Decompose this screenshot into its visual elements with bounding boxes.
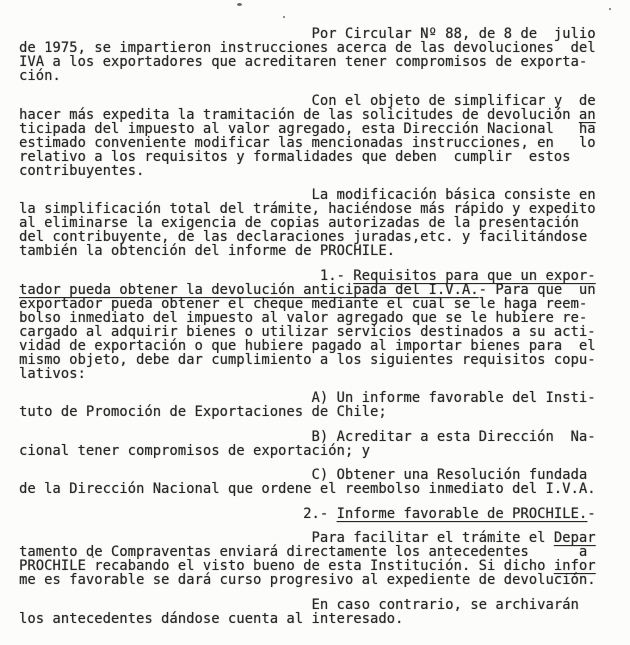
scan-speck bbox=[283, 16, 285, 18]
document-line: IVA a los exportadores que acreditaren t… bbox=[19, 55, 596, 69]
text-segment: de la Dirección Nacional que ordene el r… bbox=[19, 481, 596, 497]
document-line: relativo a los requisitos y formalidades… bbox=[19, 150, 596, 164]
scanned-page: Por Circular Nº 88, de 8 de juliode 1975… bbox=[0, 0, 630, 645]
document-line: contribuyentes. bbox=[19, 164, 596, 178]
paragraph: Por Circular Nº 88, de 8 de juliode 1975… bbox=[19, 27, 596, 83]
document-line: B) Acreditar a esta Dirección Na- bbox=[19, 430, 596, 444]
document-line: tamento de Compraventas enviará directam… bbox=[19, 545, 596, 559]
scan-speck bbox=[609, 8, 611, 10]
document-line: del contribuyente, de las declaraciones … bbox=[19, 230, 596, 244]
text-segment: los antecedentes dándose cuenta al inter… bbox=[19, 611, 403, 627]
document-line: lativos: bbox=[19, 367, 596, 381]
document-line: los antecedentes dándose cuenta al inter… bbox=[19, 612, 596, 626]
document-line: En caso contrario, se archivarán bbox=[19, 598, 596, 612]
text-segment: - bbox=[587, 506, 595, 522]
document-line: cional tener compromisos de exportación;… bbox=[19, 444, 596, 458]
document-line: PROCHILE recabando el visto bueno de est… bbox=[19, 559, 596, 573]
document-line: de 1975, se impartieron instrucciones ac… bbox=[19, 41, 596, 55]
document-line: cargado al adquirir bienes o utilizar se… bbox=[19, 325, 596, 339]
text-segment: lativos: bbox=[19, 366, 86, 382]
paragraph: 1.- Requisitos para que un expor-tador p… bbox=[19, 269, 596, 381]
document-line: Con el objeto de simplificar y de bbox=[19, 94, 596, 108]
text-segment: IVA a los exportadores que acreditaren t… bbox=[19, 54, 587, 70]
paragraph: En caso contrario, se archivaránlos ante… bbox=[19, 598, 596, 626]
document-line: Para facilitar el trámite el Depar bbox=[19, 531, 596, 545]
document-line: C) Obtener una Resolución fundada bbox=[19, 468, 596, 482]
scan-speck bbox=[92, 556, 94, 558]
document-line: La modificación básica consiste en bbox=[19, 188, 596, 202]
paragraph: Con el objeto de simplificar y dehacer m… bbox=[19, 94, 596, 178]
paragraph: B) Acreditar a esta Dirección Na-cional … bbox=[19, 430, 596, 458]
paragraph: C) Obtener una Resolución fundadade la D… bbox=[19, 468, 596, 496]
document-line: ción. bbox=[19, 69, 596, 83]
document-line: Por Circular Nº 88, de 8 de julio bbox=[19, 27, 596, 41]
paragraph: Para facilitar el trámite el Departament… bbox=[19, 531, 596, 587]
document-line: de la Dirección Nacional que ordene el r… bbox=[19, 482, 596, 496]
text-segment: me es favorable se dará curso progresivo… bbox=[19, 572, 596, 588]
document-line: mismo objeto, debe dar cumplimiento a lo… bbox=[19, 353, 596, 367]
document-line: tador pueda obtener la devolución antici… bbox=[19, 283, 596, 297]
paragraph: 2.- Informe favorable de PROCHILE.- bbox=[19, 507, 596, 521]
document-line: me es favorable se dará curso progresivo… bbox=[19, 573, 596, 587]
document-line: hacer más expedita la tramitación de las… bbox=[19, 108, 596, 122]
underlined-text: Informe favorable de PROCHILE. bbox=[337, 506, 588, 522]
document-line: A) Un informe favorable del Insti- bbox=[19, 391, 596, 405]
document-line: bolso inmediato del impuesto al valor ag… bbox=[19, 311, 596, 325]
text-segment: 2.- bbox=[303, 506, 336, 522]
document-line: 2.- Informe favorable de PROCHILE.- bbox=[19, 507, 596, 521]
text-segment: cional tener compromisos de exportación;… bbox=[19, 443, 370, 459]
document-line: vidad de exportación o que hubiere pagad… bbox=[19, 339, 596, 353]
text-segment: contribuyentes. bbox=[19, 163, 144, 179]
document-body: Por Circular Nº 88, de 8 de juliode 1975… bbox=[19, 27, 596, 626]
document-line: tuto de Promoción de Exportaciones de Ch… bbox=[19, 405, 596, 419]
indent bbox=[19, 506, 303, 522]
document-line: la simplificación total del trámite, hac… bbox=[19, 202, 596, 216]
document-line: al eliminarse la exigencia de copias aut… bbox=[19, 216, 596, 230]
text-segment: ción. bbox=[19, 68, 61, 84]
document-line: exportador pueda obtener el cheque media… bbox=[19, 297, 596, 311]
document-line: estimado conveniente modificar las menci… bbox=[19, 136, 596, 150]
text-segment: tuto de Promoción de Exportaciones de Ch… bbox=[19, 404, 387, 420]
text-segment: mismo objeto, debe dar cumplimiento a lo… bbox=[19, 352, 596, 368]
scan-speck bbox=[237, 3, 242, 6]
paragraph: A) Un informe favorable del Insti-tuto d… bbox=[19, 391, 596, 419]
document-line: ticipada del impuesto al valor agregado,… bbox=[19, 122, 596, 136]
document-line: también la obtención del informe de PROC… bbox=[19, 244, 596, 258]
paragraph: La modificación básica consiste enla sim… bbox=[19, 188, 596, 258]
text-segment: también la obtención del informe de PROC… bbox=[19, 243, 395, 259]
document-line: 1.- Requisitos para que un expor- bbox=[19, 269, 596, 283]
